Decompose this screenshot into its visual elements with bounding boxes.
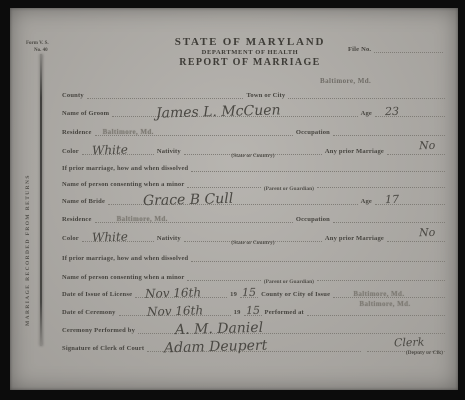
- bride-consent-label: Name of person consenting when a minor: [62, 274, 184, 281]
- ceremony-year-prefix: 19: [234, 309, 241, 316]
- bride-prior-label: Any prior Marriage: [325, 235, 384, 242]
- row-bride-name: Name of Bride Grace B Cull Age 17: [62, 191, 448, 205]
- bride-consent-line2: [317, 266, 445, 281]
- license-issue-label: County or City of Issue: [261, 291, 330, 298]
- row-bride-residence: Residence Baltimore, Md. Occupation: [62, 209, 448, 223]
- bride-residence-line: Baltimore, Md.: [95, 208, 293, 223]
- town-label: Town or City: [246, 92, 285, 99]
- groom-consent-line2: [317, 173, 445, 188]
- groom-residence-label: Residence: [62, 129, 92, 136]
- groom-dissolved-line: [191, 157, 445, 172]
- form-number-line2: No. 40: [26, 47, 49, 54]
- county-label: County: [62, 92, 84, 99]
- ceremony-by-label: Ceremony Performed by: [62, 327, 135, 334]
- groom-age-line: 23: [375, 102, 445, 117]
- bride-color-handwriting: White: [92, 230, 128, 245]
- row-groom-residence: Residence Baltimore, Md. Occupation: [62, 122, 448, 136]
- ceremony-performed-line: Baltimore, Md.: [307, 301, 445, 316]
- groom-nativity-label: Nativity: [157, 148, 181, 155]
- bride-name-line: Grace B Cull: [108, 190, 358, 205]
- clerk-title-line: Clerk (Deputy or Clk): [367, 337, 445, 352]
- row-groom-color: Color White Nativity (State or Country) …: [62, 141, 448, 155]
- groom-occupation-line: [333, 121, 445, 136]
- ceremony-date-handwriting: Nov 16th: [146, 303, 202, 318]
- bride-dissolved-label: If prior marriage, how and when dissolve…: [62, 255, 188, 262]
- groom-name-line: James L. McCuen: [112, 102, 357, 117]
- form-number: Form V. S. No. 40: [26, 40, 49, 54]
- groom-residence-line: Baltimore, Md.: [95, 121, 293, 136]
- row-license: Date of Issue of License Nov 16th 19 15 …: [62, 284, 448, 298]
- form-number-line1: Form V. S.: [26, 40, 49, 47]
- row-bride-color: Color White Nativity (State or Country) …: [62, 228, 448, 242]
- bride-residence-stamp: Baltimore, Md.: [117, 215, 168, 223]
- groom-age-label: Age: [361, 110, 372, 117]
- vertical-margin-text: MARRIAGE RECORDED FROM RETURNS: [25, 111, 31, 326]
- row-county-town: County Town or City: [62, 85, 448, 99]
- clerk-title-hint: (Deputy or Clk): [406, 350, 443, 356]
- bride-name-handwriting: Grace B Cull: [143, 191, 234, 209]
- license-year-prefix: 19: [230, 291, 237, 298]
- bride-occupation-line: [333, 208, 445, 223]
- county-blank-line: [87, 84, 244, 99]
- groom-occupation-label: Occupation: [296, 129, 330, 136]
- license-issue-stamp: Baltimore, Md.: [353, 290, 404, 298]
- groom-color-line: White: [82, 140, 154, 155]
- ceremony-year-handwriting: 15: [245, 304, 259, 317]
- groom-color-label: Color: [62, 148, 79, 155]
- groom-consent-label: Name of person consenting when a minor: [62, 181, 184, 188]
- row-groom-consent: Name of person consenting when a minor (…: [62, 174, 448, 188]
- ceremony-performed-stamp: Baltimore, Md.: [359, 300, 410, 308]
- row-groom-name: Name of Groom James L. McCuen Age 23: [62, 103, 448, 117]
- license-date-handwriting: Nov 16th: [145, 285, 201, 300]
- groom-dissolved-label: If prior marriage, how and when dissolve…: [62, 165, 188, 172]
- town-blank-line: [288, 84, 445, 99]
- license-issue-line: Baltimore, Md.: [333, 283, 445, 298]
- clerk-signature-label: Signature of Clerk of Court: [62, 345, 144, 352]
- groom-nativity-line: (State or Country): [184, 140, 322, 155]
- file-no-label: File No.: [348, 46, 371, 53]
- ceremony-by-handwriting: A. M. Daniel: [175, 320, 263, 338]
- row-bride-dissolved: If prior marriage, how and when dissolve…: [62, 248, 448, 262]
- bride-residence-label: Residence: [62, 216, 92, 223]
- row-ceremony-by: Ceremony Performed by A. M. Daniel: [62, 320, 448, 334]
- bride-dissolved-line: [191, 247, 445, 262]
- license-year-line: 15: [240, 283, 258, 298]
- clerk-signature-line: Adam Deupert: [147, 337, 361, 352]
- groom-name-label: Name of Groom: [62, 110, 109, 117]
- bride-prior-line: No: [387, 227, 445, 242]
- groom-prior-line: No: [387, 140, 445, 155]
- ceremony-date-line: Nov 16th: [119, 301, 231, 316]
- row-ceremony-date: Date of Ceremony Nov 16th 19 15 Performe…: [62, 302, 448, 316]
- bride-age-label: Age: [361, 198, 372, 205]
- bride-name-label: Name of Bride: [62, 198, 105, 205]
- groom-consent-line: [187, 173, 260, 188]
- bride-prior-handwriting: No: [419, 226, 436, 239]
- groom-color-handwriting: White: [92, 143, 128, 158]
- ceremony-year-line: 15: [244, 301, 262, 316]
- bride-nativity-hint: (State or Country): [231, 240, 274, 246]
- bride-occupation-label: Occupation: [296, 216, 330, 223]
- row-clerk-signature: Signature of Clerk of Court Adam Deupert…: [62, 338, 448, 352]
- bride-age-handwriting: 17: [385, 193, 399, 206]
- groom-residence-stamp: Baltimore, Md.: [103, 128, 154, 136]
- form-title: REPORT OF MARRIAGE: [130, 57, 370, 68]
- clerk-signature-handwriting: Adam Deupert: [164, 338, 268, 357]
- clerk-title-handwriting: Clerk: [394, 336, 425, 350]
- file-no-blank-line: [374, 40, 443, 53]
- ceremony-by-line: A. M. Daniel: [138, 319, 445, 334]
- department-subtitle: DEPARTMENT OF HEALTH: [130, 49, 370, 56]
- license-date-line: Nov 16th: [135, 283, 227, 298]
- groom-age-handwriting: 23: [385, 105, 399, 118]
- groom-name-handwriting: James L. McCuen: [156, 102, 281, 121]
- form-header: STATE OF MARYLAND DEPARTMENT OF HEALTH R…: [130, 36, 370, 68]
- ceremony-date-label: Date of Ceremony: [62, 309, 116, 316]
- bride-nativity-line: (State or Country): [184, 227, 322, 242]
- license-date-label: Date of Issue of License: [62, 291, 132, 298]
- scanned-form-paper: MARRIAGE RECORDED FROM RETURNS Form V. S…: [10, 8, 458, 390]
- paper-fold-crease: [40, 54, 42, 346]
- license-year-handwriting: 15: [242, 286, 256, 299]
- row-groom-dissolved: If prior marriage, how and when dissolve…: [62, 158, 448, 172]
- groom-prior-label: Any prior Marriage: [325, 148, 384, 155]
- state-title: STATE OF MARYLAND: [130, 36, 370, 48]
- bride-nativity-label: Nativity: [157, 235, 181, 242]
- bride-consent-line: [187, 266, 260, 281]
- row-bride-consent: Name of person consenting when a minor (…: [62, 267, 448, 281]
- file-number-row: File No.: [348, 41, 446, 53]
- ceremony-performed-label: Performed at: [265, 309, 304, 316]
- bride-age-line: 17: [375, 190, 445, 205]
- groom-prior-handwriting: No: [419, 139, 436, 152]
- bride-color-line: White: [82, 227, 154, 242]
- bride-color-label: Color: [62, 235, 79, 242]
